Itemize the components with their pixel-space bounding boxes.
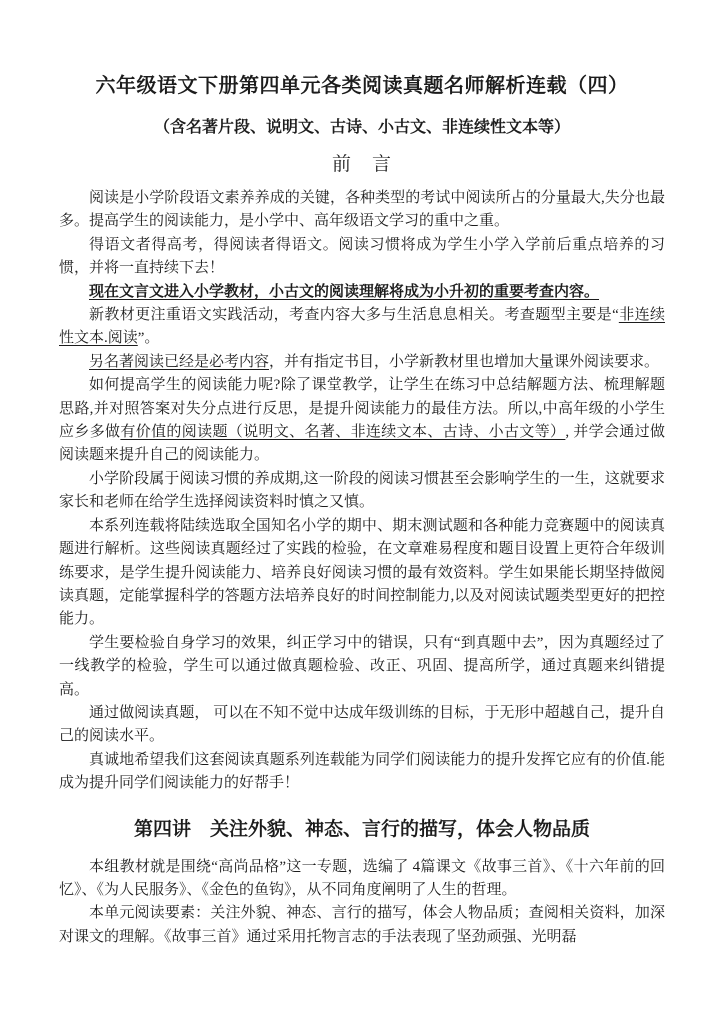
paragraph: 现在文言文进入小学教材，小古文的阅读理解将成为小升初的重要考查内容。 <box>59 281 665 304</box>
paragraph: 新教材更注重语文实践活动，考查内容大多与生活息息相关。考查题型主要是“非连续性文… <box>59 304 665 351</box>
paragraph: 本组教材就是围绕“高尚品格”这一专题，选编了 4篇课文《故事三首》、《十六年前的… <box>59 856 665 903</box>
paragraph: 阅读是小学阶段语文素养养成的关键，各种类型的考试中阅读所占的分量最大,失分也最多… <box>59 187 665 234</box>
paragraph: 本单元阅读要素：关注外貌、神态、言行的描写，体会人物品质；查阅相关资料，加深对课… <box>59 902 665 949</box>
paragraph: 如何提高学生的阅读能力呢?除了课堂教学，让学生在练习中总结解题方法、梳理解题思路… <box>59 374 665 468</box>
text-segment: 新教材更注重语文实践活动，考查内容大多与生活息息相关。考查题型主要是“ <box>89 307 619 323</box>
text-segment: 阅读是小学阶段语文素养养成的关键，各种类型的考试中阅读所占的分量最大,失分也最多… <box>59 190 665 229</box>
paragraph: 得语文者得高考，得阅读者得语文。阅读习惯将成为学生小学入学前后重点培养的习惯，并… <box>59 234 665 281</box>
paragraph: 本系列连载将陆续选取全国知名小学的期中、期末测试题和各种能力竞赛题中的阅读真题进… <box>59 515 665 632</box>
section-heading: 第四讲 关注外貌、神态、言行的描写，体会人物品质 <box>59 816 665 844</box>
paragraph: 小学阶段属于阅读习惯的养成期,这一阶段的阅读习惯甚至会影响学生的一生，这就要求家… <box>59 468 665 515</box>
text-segment: 本组教材就是围绕“高尚品格”这一专题，选编了 4篇课文《故事三首》、《十六年前的… <box>59 859 665 898</box>
text-segment: 真诚地希望我们这套阅读真题系列连载能为同学们阅读能力的提升发挥它应有的价值.能成… <box>59 752 665 791</box>
text-segment: ”。 <box>138 330 160 346</box>
text-segment: 本单元阅读要素：关注外貌、神态、言行的描写，体会人物品质；查阅相关资料，加深对课… <box>59 905 665 944</box>
text-segment: 小学阶段属于阅读习惯的养成期,这一阶段的阅读习惯甚至会影响学生的一生，这就要求家… <box>59 471 665 510</box>
paragraph: 真诚地希望我们这套阅读真题系列连载能为同学们阅读能力的提升发挥它应有的价值.能成… <box>59 749 665 796</box>
preface-heading: 前 言 <box>59 152 665 178</box>
text-segment: 得语文者得高考，得阅读者得语文。阅读习惯将成为学生小学入学前后重点培养的习惯，并… <box>59 237 665 276</box>
page-subtitle: （含名著片段、说明文、古诗、小古文、非连续性文本等） <box>59 116 665 140</box>
text-segment: 通过做阅读真题， 可以在不知不觉中达成年级训练的目标，于无形中超越自己，提升自己… <box>59 705 665 744</box>
page-title: 六年级语文下册第四单元各类阅读真题名师解析连载（四） <box>59 72 665 100</box>
preface-body: 阅读是小学阶段语文素养养成的关键，各种类型的考试中阅读所占的分量最大,失分也最多… <box>59 187 665 796</box>
text-segment: 现在文言文进入小学教材，小古文的阅读理解将成为小升初的重要考查内容。 <box>89 284 599 300</box>
text-segment: 有价值的阅读题（说明文、名著、非连续文本、古诗、小古文等） <box>120 424 565 440</box>
text-segment: ，并有指定书目，小学新教材里也增加大量课外阅读要求。 <box>269 354 659 370</box>
text-segment: 本系列连载将陆续选取全国知名小学的期中、期末测试题和各种能力竞赛题中的阅读真题进… <box>59 518 665 628</box>
paragraph: 另名著阅读已经是必考内容，并有指定书目，小学新教材里也增加大量课外阅读要求。 <box>59 351 665 374</box>
section-body: 本组教材就是围绕“高尚品格”这一专题，选编了 4篇课文《故事三首》、《十六年前的… <box>59 856 665 950</box>
paragraph: 学生要检验自身学习的效果，纠正学习中的错误，只有“到真题中去”，因为真题经过了一… <box>59 632 665 702</box>
paragraph: 通过做阅读真题， 可以在不知不觉中达成年级训练的目标，于无形中超越自己，提升自己… <box>59 702 665 749</box>
document-page: 六年级语文下册第四单元各类阅读真题名师解析连载（四） （含名著片段、说明文、古诗… <box>0 0 724 1024</box>
text-segment: 另名著阅读已经是必考内容 <box>89 354 269 370</box>
text-segment: 学生要检验自身学习的效果，纠正学习中的错误，只有“到真题中去”，因为真题经过了一… <box>59 635 665 698</box>
